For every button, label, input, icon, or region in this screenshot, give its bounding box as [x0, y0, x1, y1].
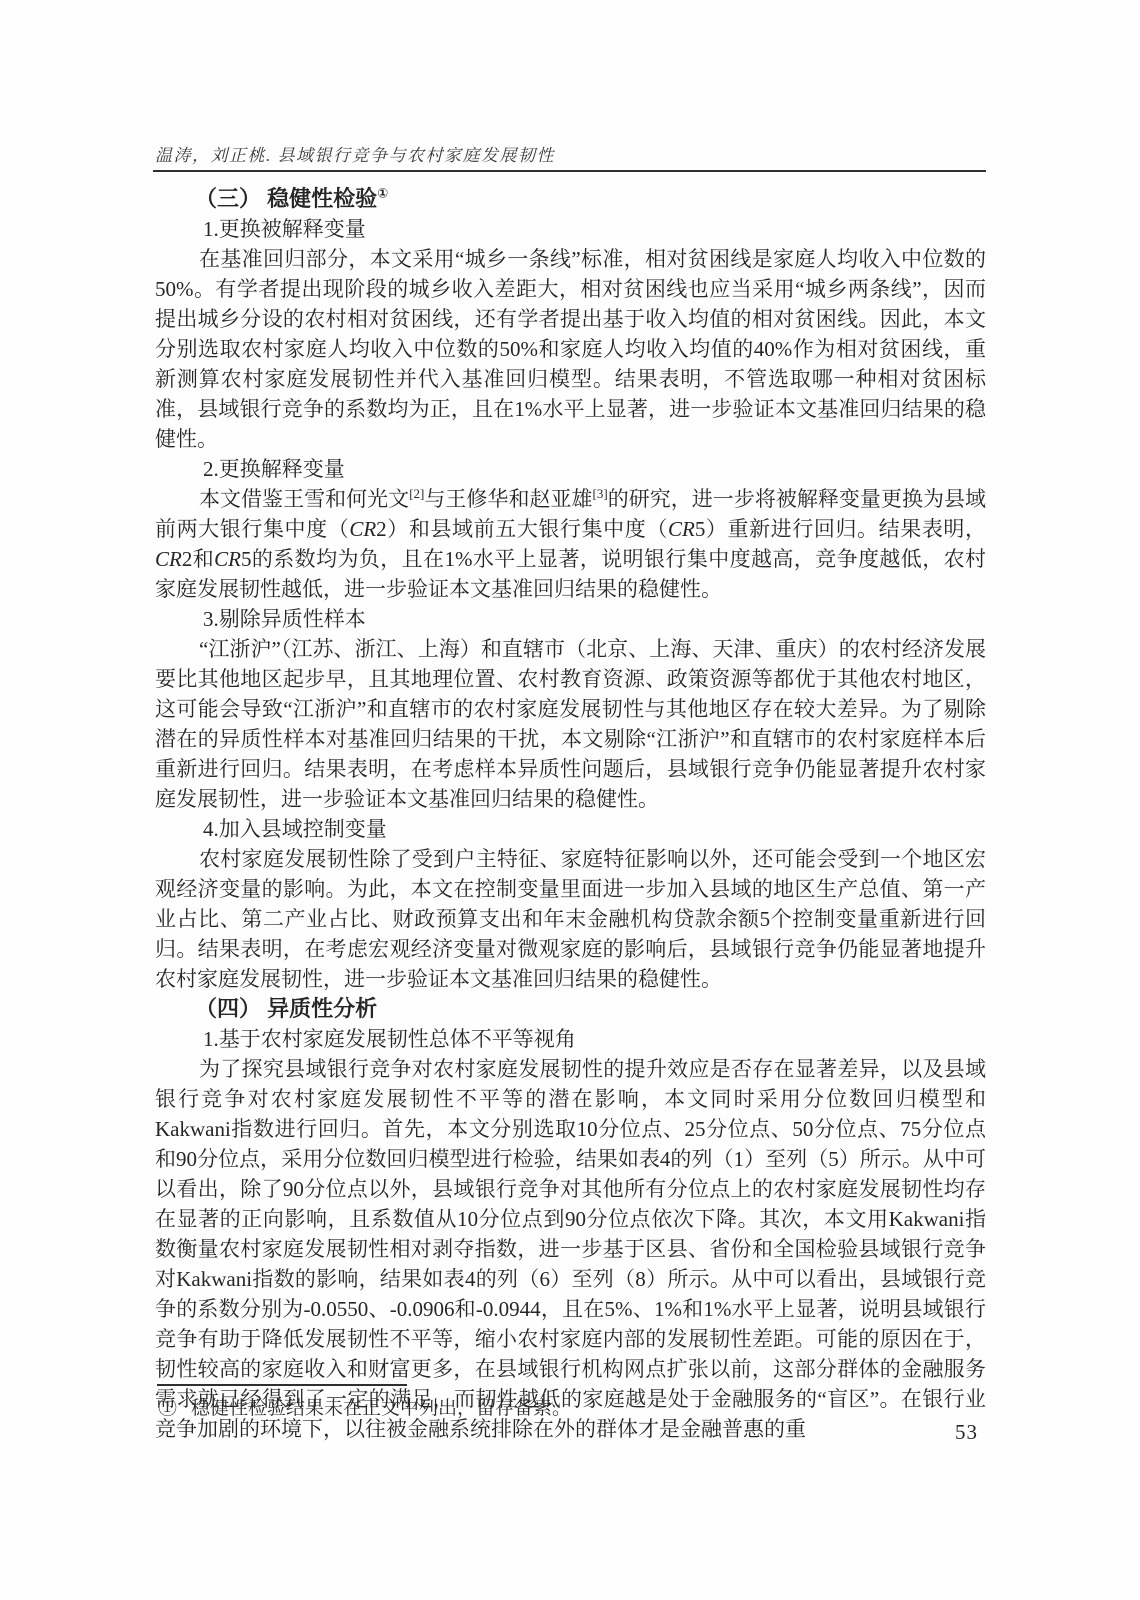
- footnote: ①稳健性检验结果未在正文中列出，留存备索。: [158, 1396, 988, 1422]
- section-heading-3: （三） 稳健性检验①: [155, 184, 986, 214]
- footnote-rule: [157, 1384, 407, 1386]
- para-remove-heterogeneous-sample: “江浙沪”（江苏、浙江、上海）和直辖市（北京、上海、天津、重庆）的农村经济发展要…: [155, 634, 986, 814]
- para-replace-explanatory-variable: 本文借鉴王雪和何光文[2]与王修华和赵亚雄[3]的研究，进一步将被解释变量更换为…: [155, 484, 986, 604]
- footnote-marker: ①: [158, 1398, 177, 1419]
- article-body: （三） 稳健性检验①1.更换被解释变量在基准回归部分，本文采用“城乡一条线”标准…: [155, 184, 986, 1444]
- subheading-3-1: 1.更换被解释变量: [155, 214, 986, 244]
- header-rule: [153, 170, 986, 172]
- section-heading-4: （四） 异质性分析: [155, 994, 986, 1024]
- footnote-text: 稳健性检验结果未在正文中列出，留存备索。: [191, 1398, 571, 1419]
- paper-page: 温涛，刘正桃. 县域银行竞争与农村家庭发展韧性 （三） 稳健性检验①1.更换被解…: [0, 0, 1140, 1600]
- para-replace-dependent-variable: 在基准回归部分，本文采用“城乡一条线”标准，相对贫困线是家庭人均收入中位数的50…: [155, 244, 986, 454]
- running-head: 温涛，刘正桃. 县域银行竞争与农村家庭发展韧性: [155, 141, 555, 166]
- subheading-4-1: 1.基于农村家庭发展韧性总体不平等视角: [155, 1024, 986, 1054]
- page-number: 53: [955, 1420, 978, 1445]
- subheading-3-4: 4.加入县域控制变量: [155, 814, 986, 844]
- subheading-3-3: 3.剔除异质性样本: [155, 604, 986, 634]
- para-add-county-controls: 农村家庭发展韧性除了受到户主特征、家庭特征影响以外，还可能会受到一个地区宏观经济…: [155, 844, 986, 994]
- subheading-3-2: 2.更换解释变量: [155, 454, 986, 484]
